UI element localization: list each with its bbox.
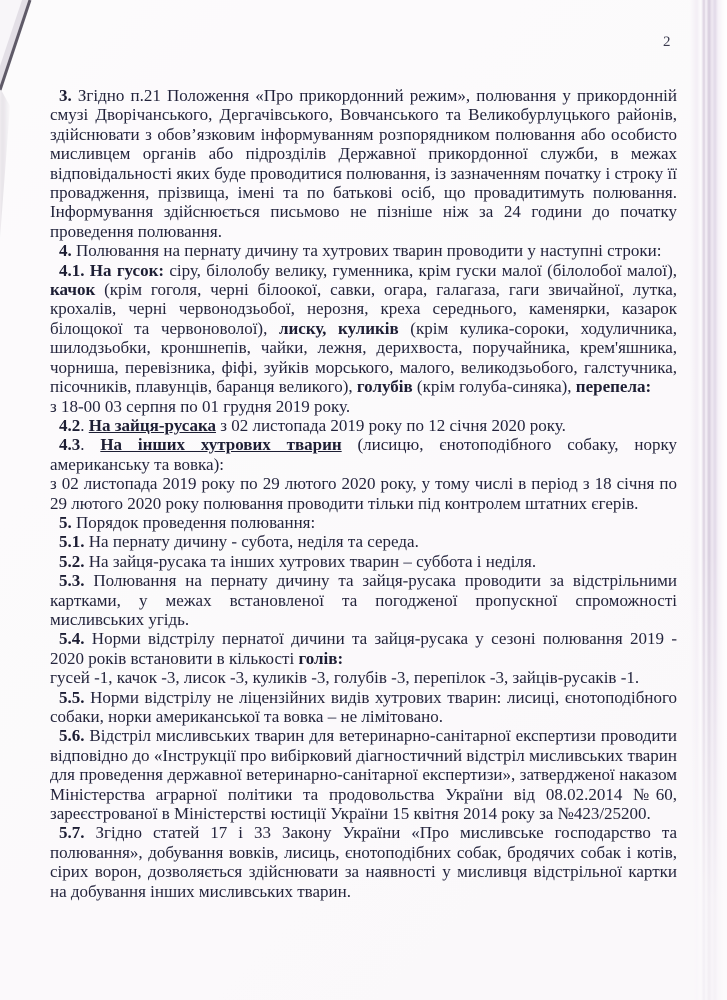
text-segment-bold: голів: — [298, 649, 343, 668]
paragraph: 4.3. На інших хутрових тварин (лисицю, є… — [50, 435, 677, 474]
paragraph: 5.2. На зайця-русака та інших хутрових т… — [50, 552, 677, 571]
text-segment-bold: 5.6. — [59, 726, 89, 745]
text-segment-bold: 4. — [59, 241, 76, 260]
paragraph: 3. Згідно п.21 Положення «Про прикордонн… — [50, 86, 677, 241]
text-segment: з 18-00 03 серпня по 01 грудня 2019 року… — [50, 397, 350, 416]
text-segment-bold: 5.4. — [59, 629, 92, 648]
text-segment: з 02 листопада 2019 року по 29 лютого 20… — [50, 474, 677, 512]
text-segment-bold: качок — [50, 280, 104, 299]
scanned-page-sheet: 2 3. Згідно п.21 Положення «Про прикордо… — [0, 0, 727, 1000]
text-segment: Згідно п.21 Положення «Про прикордонний … — [50, 86, 677, 241]
text-segment-bold: голубів — [357, 377, 417, 396]
corner-fold-mark — [0, 0, 42, 110]
paragraph: 5.3. Полювання на пернату дичину та зайц… — [50, 571, 677, 629]
paragraph: 5.1. На пернату дичину - субота, неділя … — [50, 532, 677, 551]
text-segment: . — [80, 416, 89, 435]
text-segment-bold: 4.1. На гусок: — [59, 261, 169, 280]
text-segment-bold: 5. — [59, 513, 76, 532]
text-segment: Згідно статей 17 і 33 Закону України «Пр… — [50, 823, 677, 900]
left-edge-shadow — [0, 88, 10, 238]
text-segment: . — [80, 435, 100, 454]
text-segment-bold: 3. — [59, 86, 78, 105]
paragraph: 5.6. Відстріл мисливських тварин для вет… — [50, 726, 677, 823]
text-segment: Порядок проведення полювання: — [76, 513, 315, 532]
text-segment: На пернату дичину - субота, неділя та се… — [89, 532, 419, 551]
text-segment: Норми відстрілу не ліцензійних видів хут… — [50, 688, 677, 726]
paragraph: 5.7. Згідно статей 17 і 33 Закону Україн… — [50, 823, 677, 901]
text-segment: Норми відстрілу пернатої дичини та зайця… — [50, 629, 677, 667]
paragraph: з 18-00 03 серпня по 01 грудня 2019 року… — [50, 397, 677, 416]
text-segment: гусей -1, качок -3, лисок -3, куликів -3… — [50, 668, 639, 687]
text-segment-bold: 4.3 — [59, 435, 80, 454]
text-segment: Полювання на пернату дичину та зайця-рус… — [50, 571, 677, 629]
text-segment-bold: лиску, куликів — [279, 319, 410, 338]
paragraph: 4.2. На зайця-русака з 02 листопада 2019… — [50, 416, 677, 435]
text-segment: Відстріл мисливських тварин для ветерина… — [50, 726, 677, 823]
scan-edge-streaks — [690, 0, 727, 1000]
text-segment-bold: 5.1. — [59, 532, 89, 551]
text-segment-bold: 5.7. — [59, 823, 96, 842]
page-number: 2 — [663, 34, 671, 51]
text-segment: сіру, білолобу велику, гуменника, крім г… — [169, 261, 677, 280]
text-segment-bold: 5.3. — [59, 571, 93, 590]
text-segment-bold: На зайця-русака — [89, 416, 216, 435]
paragraph: 4.1. На гусок: сіру, білолобу велику, гу… — [50, 261, 677, 397]
paragraph: 4. Полювання на пернату дичину та хутров… — [50, 241, 677, 260]
paragraph: 5. Порядок проведення полювання: — [50, 513, 677, 532]
text-segment-bold: перепела: — [576, 377, 651, 396]
text-segment: (крім голуба-синяка), — [417, 377, 576, 396]
text-segment-bold: На інших хутрових тварин — [100, 435, 341, 454]
text-segment-bold: 5.2. — [59, 552, 89, 571]
paragraph: 5.5. Норми відстрілу не ліцензійних виді… — [50, 688, 677, 727]
document-text: 3. Згідно п.21 Положення «Про прикордонн… — [50, 86, 677, 901]
paragraph: 5.4. Норми відстрілу пернатої дичини та … — [50, 629, 677, 668]
paragraph: з 02 листопада 2019 року по 29 лютого 20… — [50, 474, 677, 513]
text-segment: з 02 листопада 2019 року по 12 січня 202… — [216, 416, 566, 435]
text-segment-bold: 4.2 — [59, 416, 80, 435]
text-segment: На зайця-русака та інших хутрових тварин… — [89, 552, 536, 571]
text-segment-bold: 5.5. — [59, 688, 90, 707]
text-segment: Полювання на пернату дичину та хутрових … — [76, 241, 661, 260]
paragraph: гусей -1, качок -3, лисок -3, куликів -3… — [50, 668, 677, 687]
